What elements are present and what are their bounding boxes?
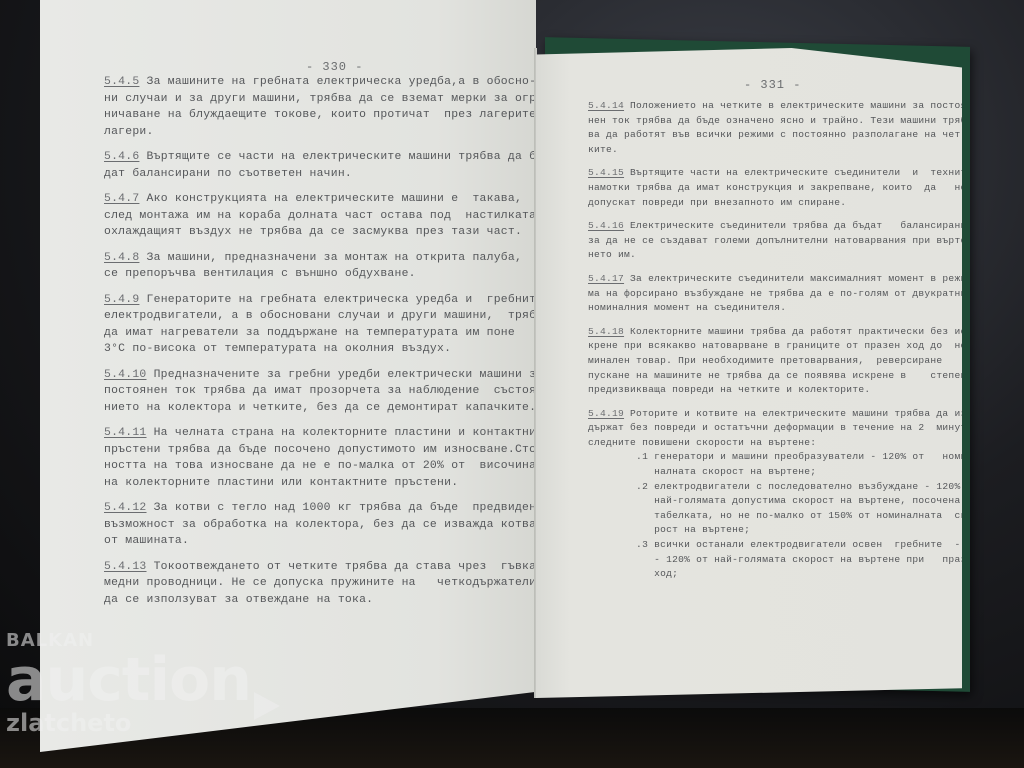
text-line: постоянен ток трябва да имат прозорчета …	[104, 383, 550, 400]
list-item-line: .1 генератори и машини преобразуватели -…	[588, 450, 984, 465]
text-line: да имат нагреватели за поддържане на тем…	[104, 325, 550, 342]
text-line: медни проводници. Не се допуска пружинит…	[104, 575, 550, 592]
line-text: номиналния момент на съединителя.	[588, 302, 786, 313]
line-text: Токоотвеждането от четките трябва да ста…	[147, 561, 551, 573]
line-text: намотки трябва да имат конструкция и зак…	[588, 182, 966, 193]
text-line: 5.4.15 Въртящите части на електрическите…	[588, 166, 984, 181]
line-text: възможност за обработка на колектора, бе…	[104, 519, 550, 531]
text-line: 5.4.14 Положението на четките в електрич…	[588, 99, 984, 114]
line-text: Въртящите части на електрическите съедин…	[624, 167, 972, 178]
text-line: 5.4.11 На челната страна на колекторните…	[104, 425, 550, 442]
text-line: 5.4.16 Електрическите съединители трябва…	[588, 219, 984, 234]
text-line: допускат повреди при внезапното им спира…	[588, 196, 984, 211]
paragraph-number: 5.4.14	[588, 100, 624, 111]
line-text: да имат нагреватели за поддържане на тем…	[104, 327, 550, 339]
list-item-line: табелката, но не по-малко от 150% от ном…	[588, 509, 984, 524]
paragraph-number: 5.4.16	[588, 220, 624, 231]
right-page: - 331 - 5.4.14 Положението на четките в …	[536, 48, 962, 698]
line-text: Роторите и котвите на електрическите маш…	[624, 408, 972, 419]
text-line: ките.	[588, 143, 984, 158]
text-line: 5.4.17 За електрическите съединители мак…	[588, 272, 984, 287]
line-text: ма на форсирано възбуждане не трябва да …	[588, 288, 972, 299]
paragraph-5-4-11: 5.4.11 На челната страна на колекторните…	[104, 425, 550, 491]
text-line: следните повишени скорости на въртене:	[588, 436, 984, 451]
line-text: Положението на четките в електрическите …	[624, 100, 978, 111]
list-item-line: ход;	[588, 567, 984, 582]
line-text: постоянен ток трябва да имат прозорчета …	[104, 385, 543, 397]
list-item-line: рост на въртене;	[588, 523, 984, 538]
line-text: Генераторите на гребната електрическа ур…	[139, 294, 543, 306]
paragraph-5-4-10: 5.4.10 Предназначените за гребни уредби …	[104, 367, 550, 417]
list-item-line: - 120% от най-голямата скорост на въртен…	[588, 553, 984, 568]
list-item-line: най-голямата допустима скорост на въртен…	[588, 494, 984, 509]
left-page: - 330 - 5.4.5 За машините на гребната ел…	[40, 0, 536, 752]
paragraph-5-4-17: 5.4.17 За електрическите съединители мак…	[588, 272, 984, 316]
text-line: намотки трябва да имат конструкция и зак…	[588, 181, 984, 196]
paragraph-number: 5.4.13	[104, 561, 147, 573]
line-text: от машината.	[104, 535, 189, 547]
line-text: Ако конструкцията на електрическите маши…	[139, 193, 550, 205]
line-text: на колекторните пластини или контактните…	[104, 477, 458, 489]
line-text: Колекторните машини трябва да работят пр…	[624, 326, 972, 337]
paragraph-5-4-13: 5.4.13 Токоотвеждането от четките трябва…	[104, 559, 550, 609]
paragraph-number: 5.4.10	[104, 369, 147, 381]
text-line: 5.4.8 За машини, предназначени за монтаж…	[104, 250, 550, 267]
line-text: ни случаи и за други машини, трябва да с…	[104, 93, 550, 105]
line-text: ността на това износване да не е по-малк…	[104, 460, 550, 472]
line-text: нето им.	[588, 249, 636, 260]
text-line: нен ток трябва да бъде означено ясно и т…	[588, 114, 984, 129]
line-text: За електрическите съединители максимални…	[624, 273, 972, 284]
line-text: ва да работят във всички режими с постоя…	[588, 129, 966, 140]
paragraph-5-4-8: 5.4.8 За машини, предназначени за монтаж…	[104, 250, 550, 283]
text-line: след монтажа им на кораба долната част о…	[104, 208, 550, 225]
paragraph-5-4-7: 5.4.7 Ако конструкцията на електрическит…	[104, 191, 550, 241]
line-text: държат без повреди и остатъчни деформаци…	[588, 422, 972, 433]
list-item-line: .2 електродвигатели с последователно въз…	[588, 480, 984, 495]
paragraph-number: 5.4.19	[588, 408, 624, 419]
text-line: номиналния момент на съединителя.	[588, 301, 984, 316]
text-line: ва да работят във всички режими с постоя…	[588, 128, 984, 143]
page-number-right: - 331 -	[744, 78, 801, 92]
line-text: пускане на машините не трябва да се появ…	[588, 370, 972, 381]
line-text: медни проводници. Не се допуска пружинит…	[104, 577, 550, 589]
paragraph-number: 5.4.15	[588, 167, 624, 178]
text-line: 5.4.18 Колекторните машини трябва да раб…	[588, 325, 984, 340]
text-line: ничаване на блуждаещите токове, които пр…	[104, 107, 550, 124]
right-page-text: 5.4.14 Положението на четките в електрич…	[588, 99, 984, 591]
page-number-left: - 330 -	[306, 60, 363, 74]
line-text: охлаждащият въздух не трябва да се засму…	[104, 226, 522, 238]
line-text: Въртящите се части на електрическите маш…	[139, 151, 550, 163]
text-line: ността на това износване да не е по-малк…	[104, 458, 550, 475]
paragraph-number: 5.4.8	[104, 252, 139, 264]
text-line: електродвигатели, а в обосновани случаи …	[104, 308, 550, 325]
paragraph-5-4-6: 5.4.6 Въртящите се части на електрически…	[104, 149, 550, 182]
line-text: се препоръчва вентилация с външно обдухв…	[104, 268, 416, 280]
text-line: 3°C по-висока от температурата на околни…	[104, 341, 550, 358]
paragraph-5-4-5: 5.4.5 За машините на гребната електричес…	[104, 74, 550, 140]
left-page-text: 5.4.5 За машините на гребната електричес…	[104, 74, 550, 617]
line-text: За котви с тегло над 1000 кг трябва да б…	[147, 502, 544, 514]
text-line: пускане на машините не трябва да се появ…	[588, 369, 984, 384]
text-line: 5.4.12 За котви с тегло над 1000 кг тряб…	[104, 500, 550, 517]
text-line: държат без повреди и остатъчни деформаци…	[588, 421, 984, 436]
text-line: 5.4.5 За машините на гребната електричес…	[104, 74, 550, 91]
text-line: да се използуват за отвеждане на тока.	[104, 592, 550, 609]
text-line: дат балансирани по съответен начин.	[104, 166, 550, 183]
paragraph-number: 5.4.12	[104, 502, 147, 514]
text-line: минален товар. При необходимите претовар…	[588, 354, 984, 369]
text-line: се препоръчва вентилация с външно обдухв…	[104, 266, 550, 283]
line-text: да се използуват за отвеждане на тока.	[104, 594, 373, 606]
paragraph-5-4-19: 5.4.19 Роторите и котвите на електрическ…	[588, 407, 984, 582]
text-line: ни случаи и за други машини, трябва да с…	[104, 91, 550, 108]
text-line: 5.4.19 Роторите и котвите на електрическ…	[588, 407, 984, 422]
line-text: пръстени трябва да бъде посочено допусти…	[104, 444, 550, 456]
paragraph-5-4-14: 5.4.14 Положението на четките в електрич…	[588, 99, 984, 157]
paragraph-5-4-18: 5.4.18 Колекторните машини трябва да раб…	[588, 325, 984, 398]
paragraph-number: 5.4.18	[588, 326, 624, 337]
line-text: ките.	[588, 144, 618, 155]
text-line: 5.4.6 Въртящите се части на електрически…	[104, 149, 550, 166]
line-text: след монтажа им на кораба долната част о…	[104, 210, 543, 222]
paragraph-number: 5.4.11	[104, 427, 147, 439]
paragraph-5-4-15: 5.4.15 Въртящите части на електрическите…	[588, 166, 984, 210]
text-line: за да не се създават големи допълнителни…	[588, 234, 984, 249]
line-text: следните повишени скорости на въртене:	[588, 437, 816, 448]
text-line: 5.4.7 Ако конструкцията на електрическит…	[104, 191, 550, 208]
text-line: предизвикваща повреди на четките и колек…	[588, 383, 984, 398]
text-line: нето им.	[588, 248, 984, 263]
line-text: електродвигатели, а в обосновани случаи …	[104, 310, 550, 322]
text-line: 5.4.9 Генераторите на гребната електриче…	[104, 292, 550, 309]
line-text: минален товар. При необходимите претовар…	[588, 355, 972, 366]
text-line: 5.4.13 Токоотвеждането от четките трябва…	[104, 559, 550, 576]
paragraph-number: 5.4.7	[104, 193, 139, 205]
line-text: нен ток трябва да бъде означено ясно и т…	[588, 115, 972, 126]
paragraph-5-4-16: 5.4.16 Електрическите съединители трябва…	[588, 219, 984, 263]
line-text: кренe при всякакво натоварване в граници…	[588, 340, 972, 351]
text-line: възможност за обработка на колектора, бе…	[104, 517, 550, 534]
line-text: За машините на гребната електрическа уре…	[139, 76, 536, 88]
text-line: лагери.	[104, 124, 550, 141]
text-line: на колекторните пластини или контактните…	[104, 475, 550, 492]
text-line: 5.4.10 Предназначените за гребни уредби …	[104, 367, 550, 384]
line-text: нието на колектора и четките, без да се …	[104, 402, 536, 414]
line-text: дат балансирани по съответен начин.	[104, 168, 352, 180]
paragraph-number: 5.4.9	[104, 294, 139, 306]
text-line: нието на колектора и четките, без да се …	[104, 400, 550, 417]
paragraph-number: 5.4.5	[104, 76, 139, 88]
line-text: предизвикваща повреди на четките и колек…	[588, 384, 870, 395]
line-text: ничаване на блуждаещите токове, които пр…	[104, 109, 536, 121]
line-text: Предназначените за гребни уредби електри…	[147, 369, 544, 381]
text-line: пръстени трябва да бъде посочено допусти…	[104, 442, 550, 459]
line-text: Електрическите съединители трябва да бъд…	[624, 220, 972, 231]
list-item-line: .3 всички останали електродвигатели осве…	[588, 538, 984, 553]
text-line: охлаждащият въздух не трябва да се засму…	[104, 224, 550, 241]
list-item-line: налната скорост на въртене;	[588, 465, 984, 480]
text-line: ма на форсирано възбуждане не трябва да …	[588, 287, 984, 302]
paragraph-5-4-9: 5.4.9 Генераторите на гребната електриче…	[104, 292, 550, 358]
line-text: За машини, предназначени за монтаж на от…	[139, 252, 550, 264]
line-text: лагери.	[104, 126, 154, 138]
line-text: 3°C по-висока от температурата на околни…	[104, 343, 451, 355]
paragraph-number: 5.4.6	[104, 151, 139, 163]
text-line: кренe при всякакво натоварване в граници…	[588, 339, 984, 354]
line-text: допускат повреди при внезапното им спира…	[588, 197, 846, 208]
line-text: за да не се създават големи допълнителни…	[588, 235, 984, 246]
text-line: от машината.	[104, 533, 550, 550]
line-text: На челната страна на колекторните пласти…	[147, 427, 551, 439]
paragraph-5-4-12: 5.4.12 За котви с тегло над 1000 кг тряб…	[104, 500, 550, 550]
paragraph-number: 5.4.17	[588, 273, 624, 284]
